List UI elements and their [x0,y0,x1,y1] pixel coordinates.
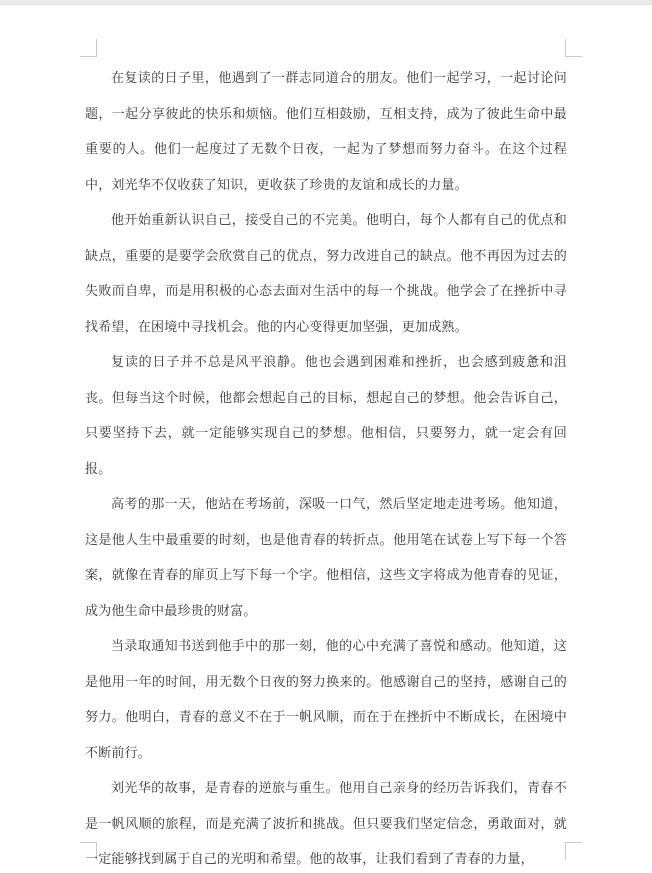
page-top-edge [0,0,652,5]
document-page: 在复读的日子里，他遇到了一群志同道合的朋友。他们一起学习，一起讨论问题，一起分享… [0,0,652,873]
paragraph[interactable]: 他开始重新认识自己，接受自己的不完美。他明白，每个人都有自己的优点和缺点，重要的… [85,202,567,344]
paragraph[interactable]: 当录取通知书送到他手中的那一刻，他的心中充满了喜悦和感动。他知道，这是他用一年的… [85,628,567,770]
paragraph[interactable]: 在复读的日子里，他遇到了一群志同道合的朋友。他们一起学习，一起讨论问题，一起分享… [85,60,567,202]
document-text[interactable]: 在复读的日子里，他遇到了一群志同道合的朋友。他们一起学习，一起讨论问题，一起分享… [85,60,567,873]
crop-mark-bottom-right [565,842,582,860]
paragraph[interactable]: 刘光华的故事，是青春的逆旅与重生。他用自己亲身的经历告诉我们，青春不是一帆风顺的… [85,770,567,873]
paragraph[interactable]: 复读的日子并不总是风平浪静。他也会遇到困难和挫折，也会感到疲惫和沮丧。但每当这个… [85,344,567,486]
paragraph[interactable]: 高考的那一天，他站在考场前，深吸一口气，然后坚定地走进考场。他知道，这是他人生中… [85,486,567,628]
crop-mark-top-left [80,39,97,57]
crop-mark-top-right [565,39,582,57]
